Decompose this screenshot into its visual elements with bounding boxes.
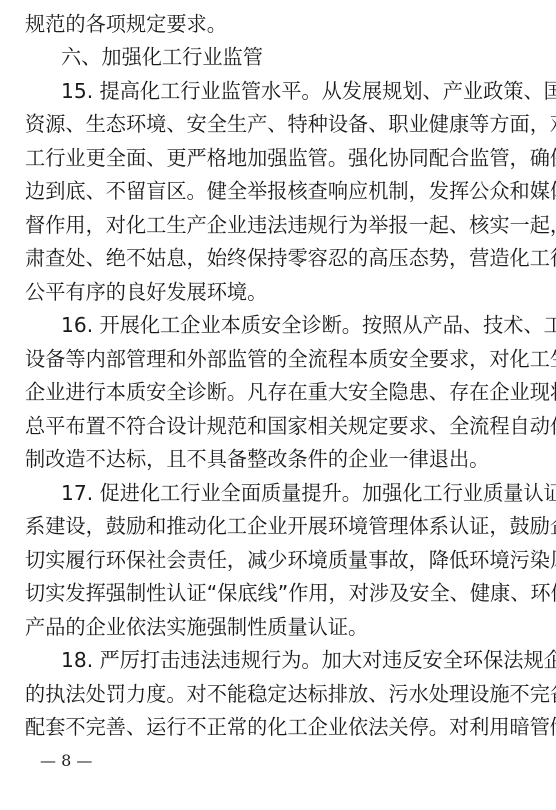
body-text-line: 制改造不达标，且不具备整改条件的企业一律退出。 (25, 442, 527, 476)
body-text-line: 的执法处罚力度。对不能稳定达标排放、污水处理设施不完备、 (25, 677, 527, 711)
page-number: — 8 — (40, 748, 92, 774)
body-text-line: 切实发挥强制性认证“保底线”作用，对涉及安全、健康、环保等 (25, 576, 527, 610)
body-text-line: 产品的企业依法实施强制性质量认证。 (25, 610, 527, 644)
body-text-line: 督作用，对化工生产企业违法违规行为举报一起、核实一起，严 (25, 208, 527, 242)
document-page: 规范的各项规定要求。 六、加强化工行业监管 15. 提高化工行业监管水平。从发展… (0, 0, 556, 810)
clause-17-heading-line: 17. 促进化工行业全面质量提升。加强化工行业质量认证体 (61, 476, 527, 510)
body-text-line: 资源、生态环境、安全生产、特种设备、职业健康等方面，对化 (25, 107, 527, 141)
body-text-line: 总平布置不符合设计规范和国家相关规定要求、全流程自动化控 (25, 409, 527, 443)
clause-18-heading-line: 18. 严厉打击违法违规行为。加大对违反安全环保法规企业 (61, 643, 527, 677)
body-text-line: 规范的各项规定要求。 (25, 7, 527, 41)
clause-16-heading-line: 16. 开展化工企业本质安全诊断。按照从产品、技术、工艺、 (61, 308, 527, 342)
body-text-line: 配套不完善、运行不正常的化工企业依法关停。对利用暗管偷排、 (25, 710, 527, 744)
body-text-line: 公平有序的良好发展环境。 (25, 275, 527, 309)
body-text-line: 切实履行环保社会责任，减少环境质量事故，降低环境污染风险。 (25, 543, 527, 577)
body-text-line: 企业进行本质安全诊断。凡存在重大安全隐患、存在企业现状及 (25, 375, 527, 409)
section-heading: 六、加强化工行业监管 (61, 40, 527, 74)
body-text-line: 系建设，鼓励和推动化工企业开展环境管理体系认证，鼓励企业 (25, 509, 527, 543)
body-text-line: 边到底、不留盲区。健全举报核查响应机制，发挥公众和媒体监 (25, 174, 527, 208)
body-text-line: 工行业更全面、更严格地加强监管。强化协同配合监管，确保到 (25, 141, 527, 175)
clause-15-heading-line: 15. 提高化工行业监管水平。从发展规划、产业政策、国土 (61, 74, 527, 108)
body-text-line: 设备等内部管理和外部监管的全流程本质安全要求，对化工生产 (25, 342, 527, 376)
body-text-line: 肃查处、绝不姑息，始终保持零容忍的高压态势，营造化工行业 (25, 241, 527, 275)
